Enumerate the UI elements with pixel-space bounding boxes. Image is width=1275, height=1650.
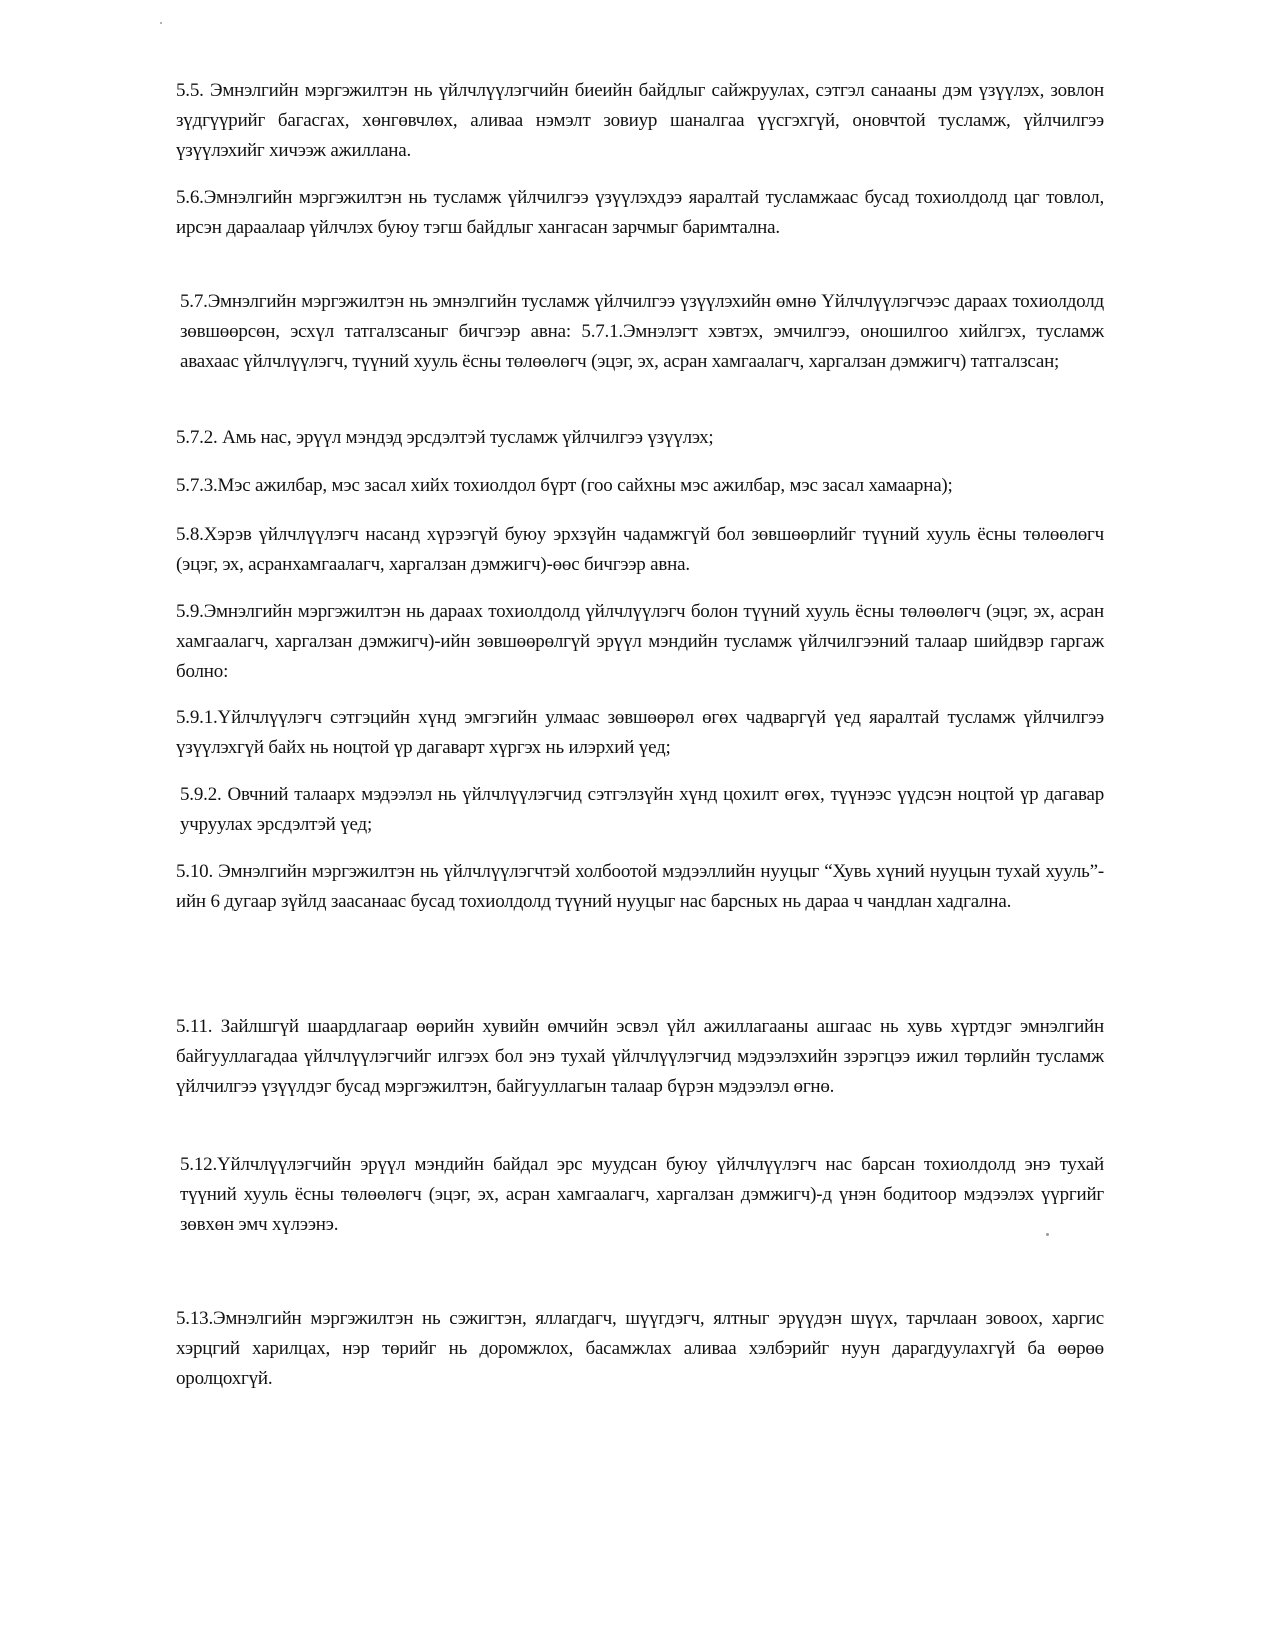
paragraph-5-12: 5.12.Үйлчлүүлэгчийн эрүүл мэндийн байдал… [180, 1150, 1104, 1240]
paragraph-5-11: 5.11. Зайлшгүй шаардлагаар өөрийн хувийн… [176, 1012, 1104, 1102]
paragraph-5-7-3: 5.7.3.Мэс ажилбар, мэс засал хийх тохиол… [176, 471, 1104, 501]
paragraph-5-13: 5.13.Эмнэлгийн мэргэжилтэн нь сэжигтэн, … [176, 1304, 1104, 1394]
document-page: 5.5. Эмнэлгийн мэргэжилтэн нь үйлчлүүлэг… [0, 0, 1275, 1650]
paragraph-5-9-1: 5.9.1.Үйлчлүүлэгч сэтгэцийн хүнд эмгэгий… [176, 703, 1104, 763]
paragraph-5-5: 5.5. Эмнэлгийн мэргэжилтэн нь үйлчлүүлэг… [176, 76, 1104, 166]
paragraph-5-9: 5.9.Эмнэлгийн мэргэжилтэн нь дараах тохи… [176, 597, 1104, 687]
scan-speck [1046, 1233, 1049, 1236]
paragraph-5-7-2: 5.7.2. Амь нас, эрүүл мэндэд эрсдэлтэй т… [176, 423, 1104, 453]
scan-speck [160, 22, 162, 24]
paragraph-5-7: 5.7.Эмнэлгийн мэргэжилтэн нь эмнэлгийн т… [180, 287, 1104, 377]
paragraph-5-8: 5.8.Хэрэв үйлчлүүлэгч насанд хүрээгүй бу… [176, 520, 1104, 580]
paragraph-5-10: 5.10. Эмнэлгийн мэргэжилтэн нь үйлчлүүлэ… [176, 857, 1104, 917]
paragraph-5-6: 5.6.Эмнэлгийн мэргэжилтэн нь тусламж үйл… [176, 183, 1104, 243]
paragraph-5-9-2: 5.9.2. Овчний талаарх мэдээлэл нь үйлчлү… [180, 780, 1104, 840]
